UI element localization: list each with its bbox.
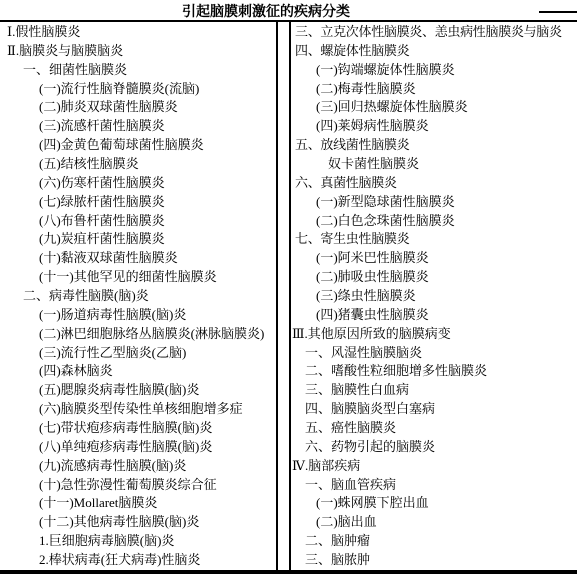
list-item: 一、风湿性脑膜脑炎 <box>292 344 577 363</box>
list-item: (十)黏液双球菌性脑膜炎 <box>0 249 274 268</box>
list-item: (一)蛛网膜下腔出血 <box>292 494 577 513</box>
list-item: (八)布鲁杆菌性脑膜炎 <box>0 212 274 231</box>
list-item: (三)回归热螺旋体性脑膜炎 <box>292 98 577 117</box>
list-item: 三、脑脓肿 <box>292 551 577 570</box>
document-page: 引起脑膜刺激征的疾病分类 Ⅰ.假性脑膜炎Ⅱ.脑膜炎与脑膜脑炎一、细菌性脑膜炎(一… <box>0 0 577 576</box>
list-item: (八)单纯疱疹病毒性脑膜(脑)炎 <box>0 438 274 457</box>
list-item: (九)流感病毒性脑膜(脑)炎 <box>0 457 274 476</box>
column-divider-right-line <box>289 22 291 570</box>
list-item: 2.棒状病毒(狂犬病毒)性脑炎 <box>0 551 274 570</box>
list-item: 六、药物引起的脑膜炎 <box>292 438 577 457</box>
list-item: 六、真菌性脑膜炎 <box>292 174 577 193</box>
right-column: 三、立克次体性脑膜炎、恙虫病性脑膜炎与脑炎四、螺旋体性脑膜炎(一)钩端螺旋体性脑… <box>292 23 577 570</box>
list-item: (二)脑出血 <box>292 513 577 532</box>
list-item: (二)肺吸虫性脑膜炎 <box>292 268 577 287</box>
list-item: (二)梅毒性脑膜炎 <box>292 80 577 99</box>
list-item: (五)结核性脑膜炎 <box>0 155 274 174</box>
list-item: (十)急性弥漫性葡萄膜炎综合征 <box>0 476 274 495</box>
list-item: (一)钩端螺旋体性脑膜炎 <box>292 61 577 80</box>
list-item: 一、脑血管疾病 <box>292 476 577 495</box>
list-item: Ⅲ.其他原因所致的脑膜病变 <box>292 325 577 344</box>
list-item: 四、脑膜脑炎型白塞病 <box>292 400 577 419</box>
list-item: Ⅳ.脑部疾病 <box>292 457 577 476</box>
list-item: 1.巨细胞病毒脑膜(脑)炎 <box>0 532 274 551</box>
list-item: 七、寄生虫性脑膜炎 <box>292 230 577 249</box>
list-item: (四)金黄色葡萄球菌性脑膜炎 <box>0 136 274 155</box>
list-item: (七)带状疱疹病毒性脑膜(脑)炎 <box>0 419 274 438</box>
list-item: (一)流行性脑脊髓膜炎(流脑) <box>0 80 274 99</box>
list-item: (七)绿脓杆菌性脑膜炎 <box>0 193 274 212</box>
list-item: (十一)其他罕见的细菌性脑膜炎 <box>0 268 274 287</box>
list-item: Ⅰ.假性脑膜炎 <box>0 23 274 42</box>
top-right-line-fragment <box>539 11 577 13</box>
list-item: 一、细菌性脑膜炎 <box>0 61 274 80</box>
list-item: (六)伤寒杆菌性脑膜炎 <box>0 174 274 193</box>
list-item: (九)炭疽杆菌性脑膜炎 <box>0 230 274 249</box>
list-item: 五、癌性脑膜炎 <box>292 419 577 438</box>
list-item: (三)流感杆菌性脑膜炎 <box>0 117 274 136</box>
list-item: 三、脑膜性白血病 <box>292 381 577 400</box>
list-item: (一)肠道病毒性脑膜(脑)炎 <box>0 306 274 325</box>
list-item: 三、立克次体性脑膜炎、恙虫病性脑膜炎与脑炎 <box>292 23 577 42</box>
list-item: (六)脑膜炎型传染性单核细胞增多症 <box>0 400 274 419</box>
list-item: 二、脑肿瘤 <box>292 532 577 551</box>
list-item: (二)肺炎双球菌性脑膜炎 <box>0 98 274 117</box>
list-item: 四、螺旋体性脑膜炎 <box>292 42 577 61</box>
list-item: (二)淋巴细胞脉络丛脑膜炎(淋脉脑膜炎) <box>0 325 274 344</box>
list-item: (二)白色念珠菌性脑膜炎 <box>292 212 577 231</box>
list-item: (四)森林脑炎 <box>0 362 274 381</box>
list-item: (十一)Mollaret脑膜炎 <box>0 494 274 513</box>
list-item: (十二)其他病毒性脑膜(脑)炎 <box>0 513 274 532</box>
list-item: (三)流行性乙型脑炎(乙脑) <box>0 344 274 363</box>
list-item: 二、嗜酸性粒细胞增多性脑膜炎 <box>292 362 577 381</box>
list-item: (一)阿米巴性脑膜炎 <box>292 249 577 268</box>
list-item: 奴卡菌性脑膜炎 <box>292 155 577 174</box>
list-item: (三)绦虫性脑膜炎 <box>292 287 577 306</box>
list-item: (一)新型隐球菌性脑膜炎 <box>292 193 577 212</box>
list-item: (四)莱姆病性脑膜炎 <box>292 117 577 136</box>
list-item: 二、病毒性脑膜(脑)炎 <box>0 287 274 306</box>
left-column: Ⅰ.假性脑膜炎Ⅱ.脑膜炎与脑膜脑炎一、细菌性脑膜炎(一)流行性脑脊髓膜炎(流脑)… <box>0 23 274 570</box>
list-item: 五、放线菌性脑膜炎 <box>292 136 577 155</box>
list-item: Ⅱ.脑膜炎与脑膜脑炎 <box>0 42 274 61</box>
column-divider-left-line <box>276 22 278 570</box>
bottom-border-line <box>0 570 577 574</box>
list-item: (五)腮腺炎病毒性脑膜(脑)炎 <box>0 381 274 400</box>
list-item: (四)猪囊虫性脑膜炎 <box>292 306 577 325</box>
page-title: 引起脑膜刺激征的疾病分类 <box>0 1 532 21</box>
